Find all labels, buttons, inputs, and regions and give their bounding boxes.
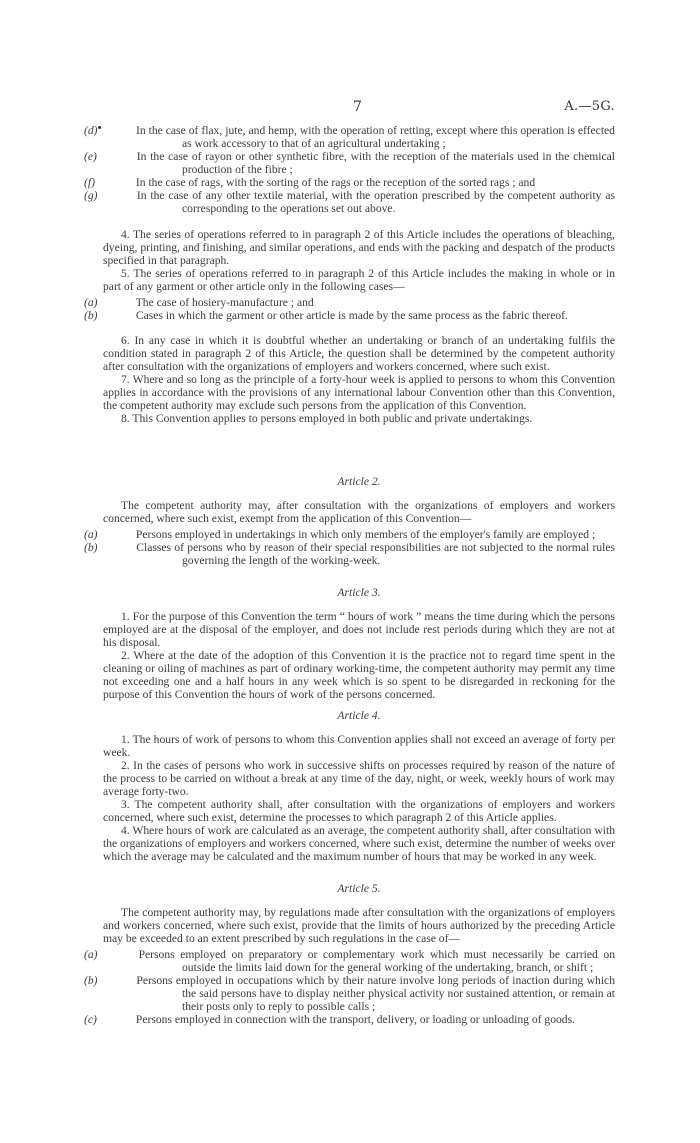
paragraph-6: 6. In any case in which it is doubtful w…	[103, 334, 615, 373]
list-item: (b) Cases in which the garment or other …	[133, 309, 615, 322]
list-item: (a) Persons employed on preparatory or c…	[133, 948, 615, 974]
article2-intro: The competent authority may, after consu…	[103, 499, 615, 525]
article-heading: Article 2.	[103, 475, 615, 488]
paragraph-7: 7. Where and so long as the principle of…	[103, 373, 615, 412]
article5-intro: The competent authority may, by regulati…	[103, 906, 615, 945]
textile-items-list: (d) In the case of flax, jute, and hemp,…	[103, 124, 615, 215]
paragraph-1: 1. For the purpose of this Convention th…	[103, 610, 615, 649]
article1-paragraphs-6-8: 6. In any case in which it is doubtful w…	[103, 334, 615, 425]
list-item: (g) In the case of any other textile mat…	[133, 189, 615, 215]
list-item: (a) Persons employed in undertakings in …	[133, 528, 615, 541]
document-reference: A.—5G.	[564, 99, 615, 114]
page-number: 7	[353, 99, 362, 115]
list-item: (d) In the case of flax, jute, and hemp,…	[133, 124, 615, 150]
list-item: (a) The case of hosiery-manufacture ; an…	[133, 296, 615, 309]
list-item: (b) Persons employed in occupations whic…	[133, 974, 615, 1013]
paragraph-8: 8. This Convention applies to persons em…	[103, 412, 615, 425]
list-item: (e) In the case of rayon or other synthe…	[133, 150, 615, 176]
article-heading: Article 5.	[103, 882, 615, 895]
list-item: (f) In the case of rags, with the sortin…	[133, 176, 615, 189]
list-item: (b) Classes of persons who by reason of …	[133, 541, 615, 567]
article-2: Article 2. The competent authority may, …	[103, 463, 615, 567]
article-3: Article 3. 1. For the purpose of this Co…	[103, 574, 615, 701]
article-4: Article 4. 1. The hours of work of perso…	[103, 697, 615, 863]
paragraph-2: 2. Where at the date of the adoption of …	[103, 649, 615, 701]
page-header: 7 A.—5G.	[103, 99, 615, 119]
paragraph-1: 1. The hours of work of persons to whom …	[103, 733, 615, 759]
list-item: (c) Persons employed in connection with …	[133, 1013, 615, 1026]
article1-continued: 4. The series of operations referred to …	[103, 228, 615, 322]
article-heading: Article 4.	[103, 709, 615, 722]
paragraph-3: 3. The competent authority shall, after …	[103, 798, 615, 824]
paragraph-5: 5. The series of operations referred to …	[103, 267, 615, 293]
article-heading: Article 3.	[103, 586, 615, 599]
article-5: Article 5. The competent authority may, …	[103, 870, 615, 1026]
paragraph-4: 4. The series of operations referred to …	[103, 228, 615, 267]
paragraph-4: 4. Where hours of work are calculated as…	[103, 824, 615, 863]
margin-dot	[98, 126, 101, 129]
paragraph-2: 2. In the cases of persons who work in s…	[103, 759, 615, 798]
